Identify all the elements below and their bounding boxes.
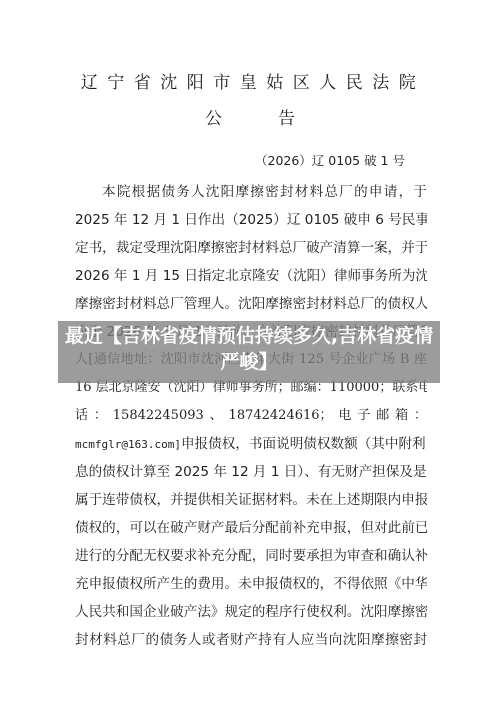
headline-overlay-text: 最近【吉林省疫情预估持续多久,吉林省疫情严峻】 bbox=[58, 323, 440, 375]
document-type-heading: 公告 bbox=[0, 104, 500, 129]
body-line: 息的债权计算至 2025 年 12 月 1 日）、有无财产担保及是否 bbox=[75, 458, 427, 486]
body-line-email: mcmfglr@163.com]申报债权，书面说明债权数额（其中附利 bbox=[75, 430, 427, 458]
body-line-text: 申报债权，书面说明债权数额（其中附利 bbox=[181, 436, 426, 452]
body-line: 2025 年 12 月 1 日作出（2025）辽 0105 破申 6 号民事裁 bbox=[75, 206, 427, 234]
body-line-phone: 话：15842245093、18742424616；电子邮箱： bbox=[75, 402, 427, 430]
body-line: 充申报债权所产生的费用。未申报债权的，不得依照《中华 bbox=[75, 570, 427, 598]
body-line: 债权的，可以在破产财产最后分配前补充申报，但对此前已 bbox=[75, 514, 427, 542]
body-line: 人民共和国企业破产法》规定的程序行使权利。沈阳摩擦密 bbox=[75, 598, 427, 626]
body-line: 定书，裁定受理沈阳摩擦密封材料总厂破产清算一案，并于 bbox=[75, 234, 427, 262]
notice-body: 本院根据债务人沈阳摩擦密封材料总厂的申请，于 2025 年 12 月 1 日作出… bbox=[75, 178, 427, 654]
doc-type-char-2: 告 bbox=[278, 104, 295, 129]
body-line: 本院根据债务人沈阳摩擦密封材料总厂的申请，于 bbox=[75, 178, 427, 206]
notice-document: 辽宁省沈阳市皇姑区人民法院 公告 （2026）辽 0105 破 1 号 本院根据… bbox=[0, 0, 500, 706]
case-number: （2026）辽 0105 破 1 号 bbox=[255, 151, 405, 169]
doc-type-char-1: 公 bbox=[205, 104, 222, 129]
body-line: 2026 年 1 月 15 日指定北京隆安（沈阳）律师事务所为沈阳 bbox=[75, 262, 427, 290]
body-line: 进行的分配无权要求补充分配，同时要承担为审查和确认补 bbox=[75, 542, 427, 570]
email-address: mcmfglr@163.com] bbox=[75, 438, 181, 451]
body-line: 属于连带债权，并提供相关证据材料。未在上述期限内申报 bbox=[75, 486, 427, 514]
body-line: 摩擦密封材料总厂管理人。沈阳摩擦密封材料总厂的债权人 bbox=[75, 290, 427, 318]
court-name-heading: 辽宁省沈阳市皇姑区人民法院 bbox=[0, 68, 500, 93]
body-line: 封材料总厂的债务人或者财产持有人应当向沈阳摩擦密封 bbox=[75, 626, 427, 654]
